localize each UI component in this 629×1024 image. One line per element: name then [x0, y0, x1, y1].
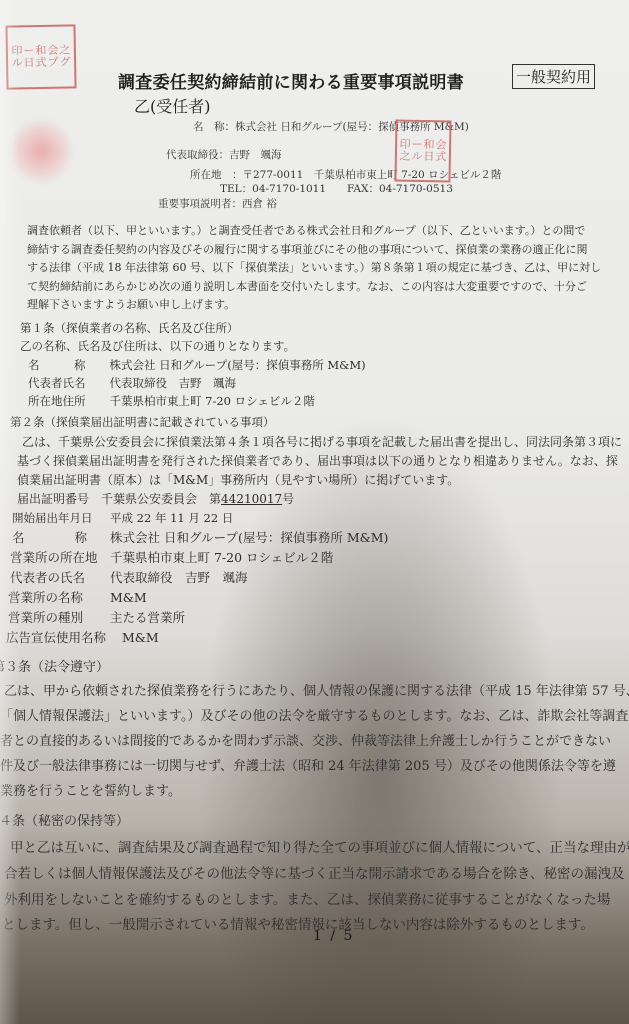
article-4-line: とします。但し、一般開示されている情報や秘密情報に該当しない内容は除外するものと…	[2, 913, 594, 933]
article-3-line: 乙は、甲から依頼された探偵業務を行うにあたり、個人情報の保護に関する法律（平成 …	[4, 680, 629, 699]
article-3-line: 「個人情報保護法」といいます。）及びその他の法令を厳守するものとします。なお、乙…	[0, 705, 628, 724]
article-2-row: 開始届出年月日平成 22 年 11 月 22 日	[12, 510, 233, 526]
certificate-number-row: 届出証明番号 千葉県公安委員会 第44210017号	[17, 490, 294, 507]
article-2-row: 代表者の氏名代表取締役 吉野 颯海	[10, 568, 248, 586]
article-1-row: 所在地住所 千葉県柏市東上町 7-20 ロシェビル２階	[28, 393, 315, 409]
header-row-representative: 代表取締役：吉野 颯海	[166, 147, 282, 162]
article-2-line: 基づく探偵業届出証明書を発行された探偵業者であり、届出事項は以下の通りとなり相違…	[17, 452, 618, 469]
document-page: 印ー和会之 ル日式プグ 調査委任契約締結前に関わる重要事項説明書 一般契約用 乙…	[0, 0, 629, 1024]
article-2-row: 営業所の種別主たる営業所	[8, 608, 185, 626]
article-3-line: 者との直接的あるいは間接的であるかを問わず示談、交渉、仲裁等法律上弁護士しか行う…	[0, 730, 611, 749]
article-1-lead: 乙の名称、氏名及び住所は、以下の通りとなります。	[20, 338, 295, 354]
header-row-address: 所在地 ：〒277-0011 千葉県柏市東上町 7-20 ロシェビル２階	[190, 167, 501, 182]
article-4-line: 合若しくは個人情報保護法及びその他法令等に基づく正当な開示請求である場合を除き、…	[4, 862, 624, 882]
article-3-heading: 第３条（法令遵守）	[0, 656, 109, 675]
intro-paragraph: 調査依頼者（以下、甲といいます。）と調査受任者である株式会社日和グループ（以下、…	[27, 222, 601, 315]
article-4-line: 甲と乙は互いに、調査結果及び調査過程で知り得た全ての事項並びに個人情報について、…	[10, 836, 629, 856]
article-2-row: 名 称株式会社 日和グループ(屋号：探偵事務所 M&M)	[12, 528, 388, 546]
header-row-phone-fax: TEL：04-7170-1011 FAX：04-7170-0513	[220, 181, 453, 196]
article-2-heading: 第２条（探偵業届出証明書に記載されている事項）	[10, 414, 275, 430]
article-2-row: 広告宣伝使用名称M&M	[6, 628, 159, 646]
article-2-row: 営業所の名称M&M	[8, 588, 147, 606]
document-title: 調査委任契約締結前に関わる重要事項説明書	[118, 68, 464, 93]
redacted-seal-blur	[10, 120, 72, 182]
page-number: 1 / 5	[313, 928, 354, 944]
article-1-heading: 第１条（探偵業者の名称、氏名及び住所）	[20, 320, 239, 336]
company-seal-stamp-left: 印ー和会之 ル日式プグ	[5, 24, 76, 89]
article-4-heading: 第４条（秘密の保持等）	[0, 810, 129, 829]
article-1-row: 代表者氏名 代表取締役 吉野 颯海	[28, 375, 236, 391]
article-2-line: 乙は、千葉県公安委員会に探偵業法第４条１項各号に掲げる事項を記載した届出書を提出…	[22, 433, 622, 450]
article-3-line: 業務を行うことを誓約します。	[0, 780, 181, 799]
article-1-row: 名 称 株式会社 日和グループ(屋号：探偵事務所 M&M)	[28, 357, 366, 373]
header-row-explainer: 重要事項説明者：西倉 裕	[158, 196, 277, 211]
party-label: 乙(受任者)	[134, 94, 211, 117]
article-2-line: 偵業届出証明書（原本）は「M&M」事務所内（見やすい場所）に掲げています。	[17, 471, 459, 488]
article-3-line: 件及び一般法律事務には一切関与せず、弁護士法（昭和 24 年法律第 205 号）…	[0, 755, 616, 774]
certificate-number: 44210017	[221, 492, 282, 506]
company-seal-stamp-right: 印ー和会 之ル日式	[394, 120, 451, 183]
article-4-line: 外利用をしないことを確約するものとします。また、乙は、探偵業務に従事することがな…	[4, 888, 610, 908]
contract-type-tag: 一般契約用	[512, 64, 595, 89]
article-2-row: 営業所の所在地千葉県柏市東上町 7-20 ロシェビル２階	[10, 548, 333, 566]
